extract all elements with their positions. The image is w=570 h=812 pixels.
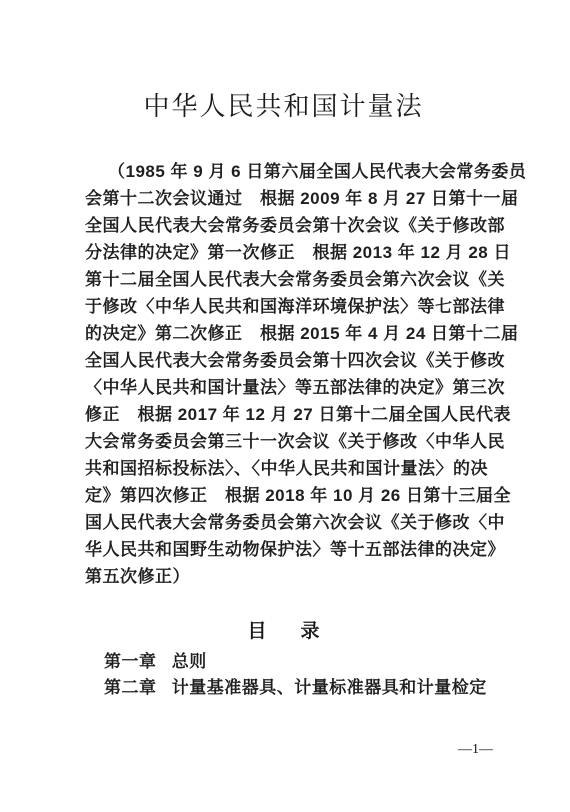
preamble-line: 共和国招标投标法〉、〈中华人民共和国计量法〉的决 — [85, 455, 482, 482]
preamble-paragraph: （1985 年 9 月 6 日第六届全国人民代表大会常务委员 会第十二次会议通过… — [85, 158, 482, 590]
preamble-line: （1985 年 9 月 6 日第六届全国人民代表大会常务委员 — [85, 158, 482, 185]
toc-entry-chapter: 第一章 — [104, 649, 157, 675]
preamble-line: 修正 根据 2017 年 12 月 27 日第十二届全国人民代表 — [85, 401, 482, 428]
toc-list: 第一章 总则 第二章 计量基准器具、计量标准器具和计量检定 — [85, 649, 482, 701]
toc-entry-title: 计量基准器具、计量标准器具和计量检定 — [172, 678, 487, 697]
preamble-line: 的决定》第二次修正 根据 2015 年 4 月 24 日第十二届 — [85, 320, 482, 347]
toc-heading: 目 录 — [85, 618, 482, 645]
preamble-line: 华人民共和国野生动物保护法〉等十五部法律的决定》 — [85, 536, 482, 563]
document-title: 中华人民共和国计量法 — [85, 90, 482, 124]
page-number: —1— — [458, 742, 493, 758]
preamble-line: 〈中华人民共和国计量法〉等五部法律的决定》第三次 — [85, 374, 482, 401]
toc-entry: 第二章 计量基准器具、计量标准器具和计量检定 — [104, 675, 482, 701]
document-page: 中华人民共和国计量法 （1985 年 9 月 6 日第六届全国人民代表大会常务委… — [0, 0, 570, 812]
page-content: 中华人民共和国计量法 （1985 年 9 月 6 日第六届全国人民代表大会常务委… — [0, 90, 570, 701]
preamble-line: 大会常务委员会第三十一次会议《关于修改〈中华人民 — [85, 428, 482, 455]
preamble-line: 于修改〈中华人民共和国海洋环境保护法〉等七部法律 — [85, 293, 482, 320]
preamble-line: 定》第四次修正 根据 2018 年 10 月 26 日第十三届全 — [85, 482, 482, 509]
toc-entry: 第一章 总则 — [104, 649, 482, 675]
preamble-line: 全国人民代表大会常务委员会第十四次会议《关于修改 — [85, 347, 482, 374]
preamble-line: 分法律的决定》第一次修正 根据 2013 年 12 月 28 日 — [85, 239, 482, 266]
toc-heading-char: 目 — [247, 618, 266, 645]
preamble-line: 全国人民代表大会常务委员会第十次会议《关于修改部 — [85, 212, 482, 239]
preamble-line: 第十二届全国人民代表大会常务委员会第六次会议《关 — [85, 266, 482, 293]
preamble-line: 国人民代表大会常务委员会第六次会议《关于修改〈中 — [85, 509, 482, 536]
preamble-line: 会第十二次会议通过 根据 2009 年 8 月 27 日第十一届 — [85, 185, 482, 212]
toc-entry-chapter: 第二章 — [104, 675, 157, 701]
toc-heading-char: 录 — [301, 618, 320, 645]
preamble-line: 第五次修正） — [85, 563, 482, 590]
toc-entry-title: 总则 — [172, 652, 207, 671]
